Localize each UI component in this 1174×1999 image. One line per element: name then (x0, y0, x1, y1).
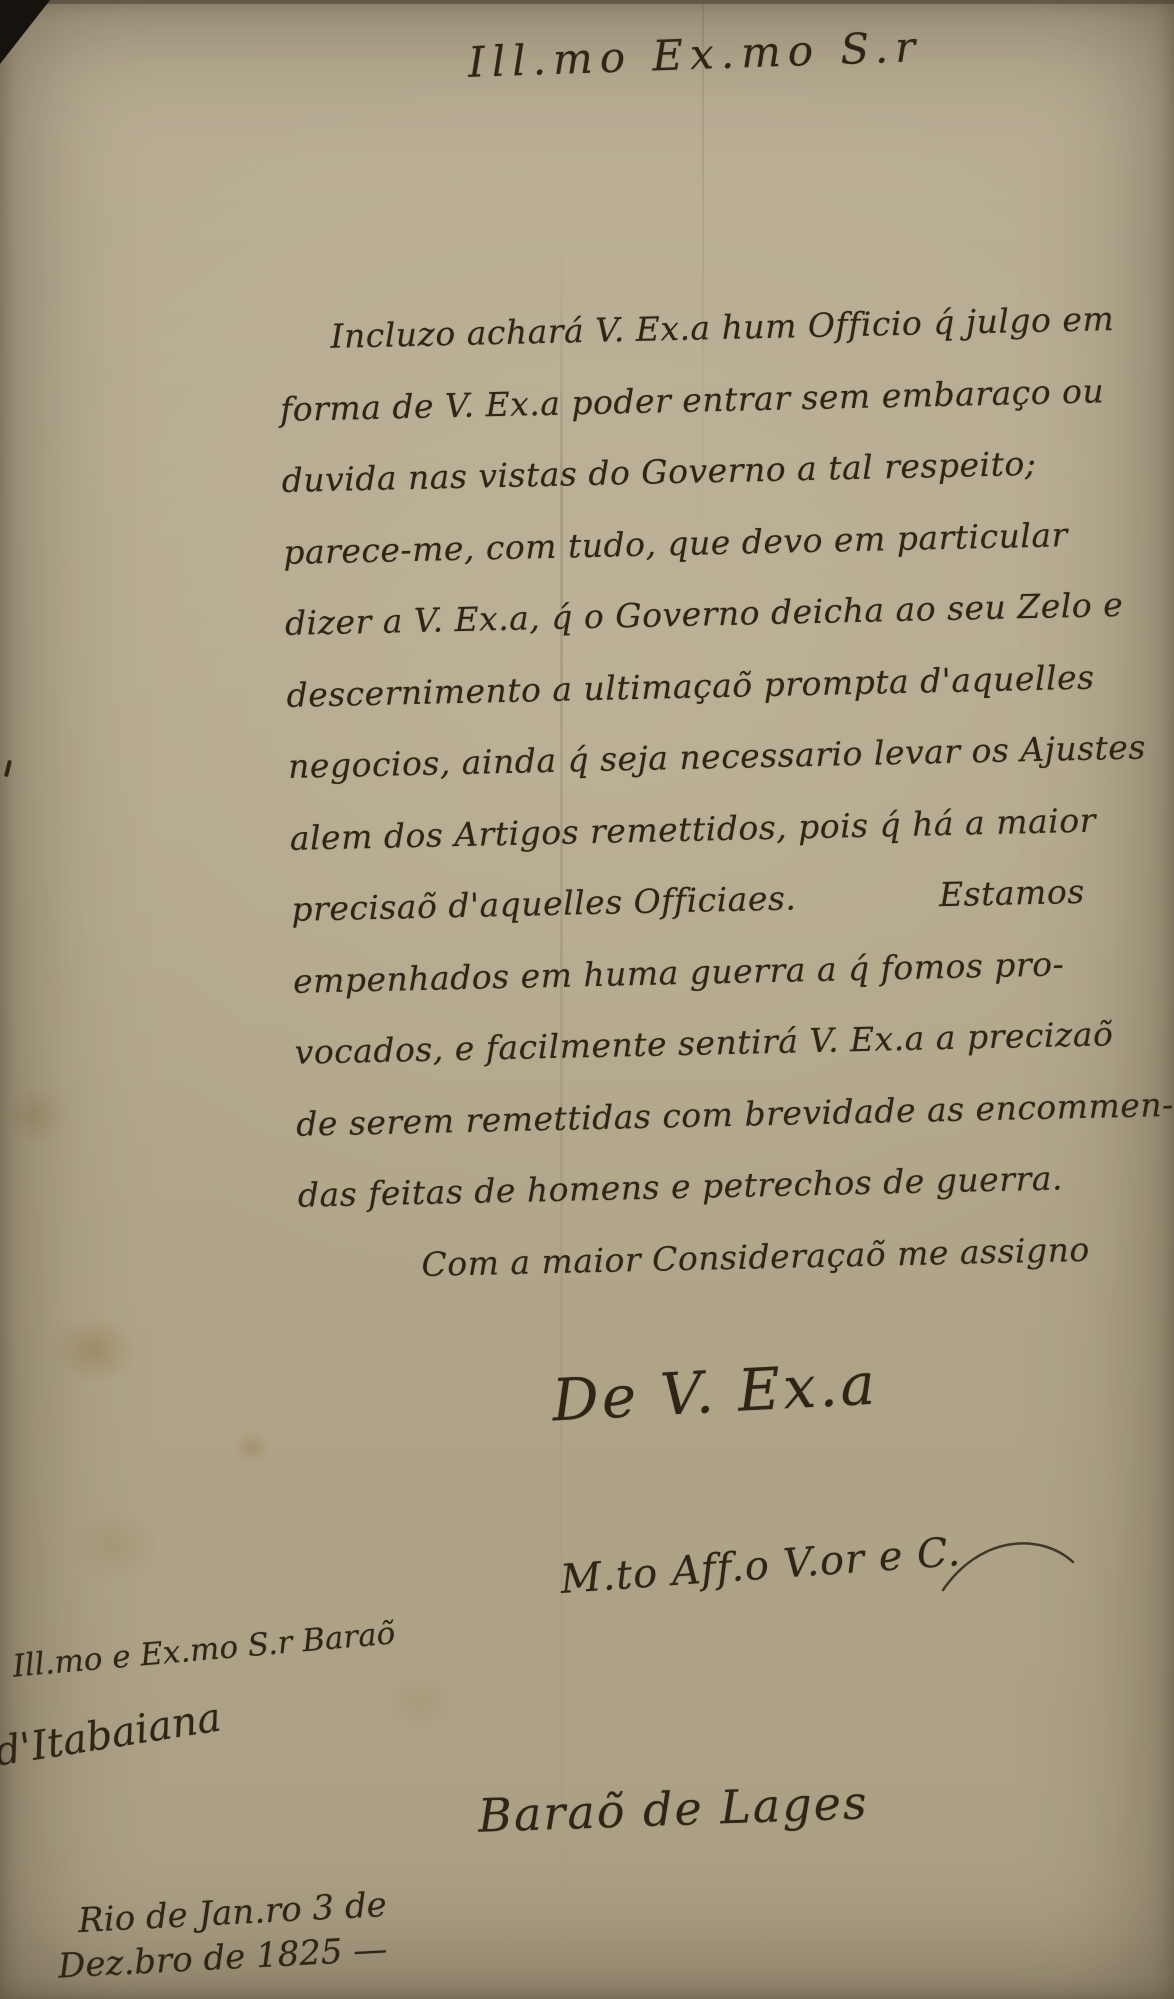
page-top-edge-shadow (0, 0, 1174, 4)
valediction: De V. Ex.a (550, 1350, 879, 1435)
pen-flourish-icon (935, 1528, 1085, 1608)
salutation: Ill.mo Ex.mo S.r (467, 22, 923, 87)
letter-body: Incluzo achará V. Ex.a hum Officio q́ ju… (278, 298, 1174, 1319)
compliment-close: M.to Aff.o V.or e C. (559, 1529, 962, 1603)
addressee-line: d'Itabaiana (0, 1694, 224, 1775)
page-corner-shadow (0, 0, 50, 64)
addressee-line: Ill.mo e Ex.mo S.r Baraõ (11, 1615, 396, 1684)
letter-page: Ill.mo Ex.mo S.r Incluzo achará V. Ex.a … (0, 0, 1174, 1999)
ink-stray-mark (4, 760, 12, 777)
signature: Baraõ de Lages (477, 1775, 869, 1843)
